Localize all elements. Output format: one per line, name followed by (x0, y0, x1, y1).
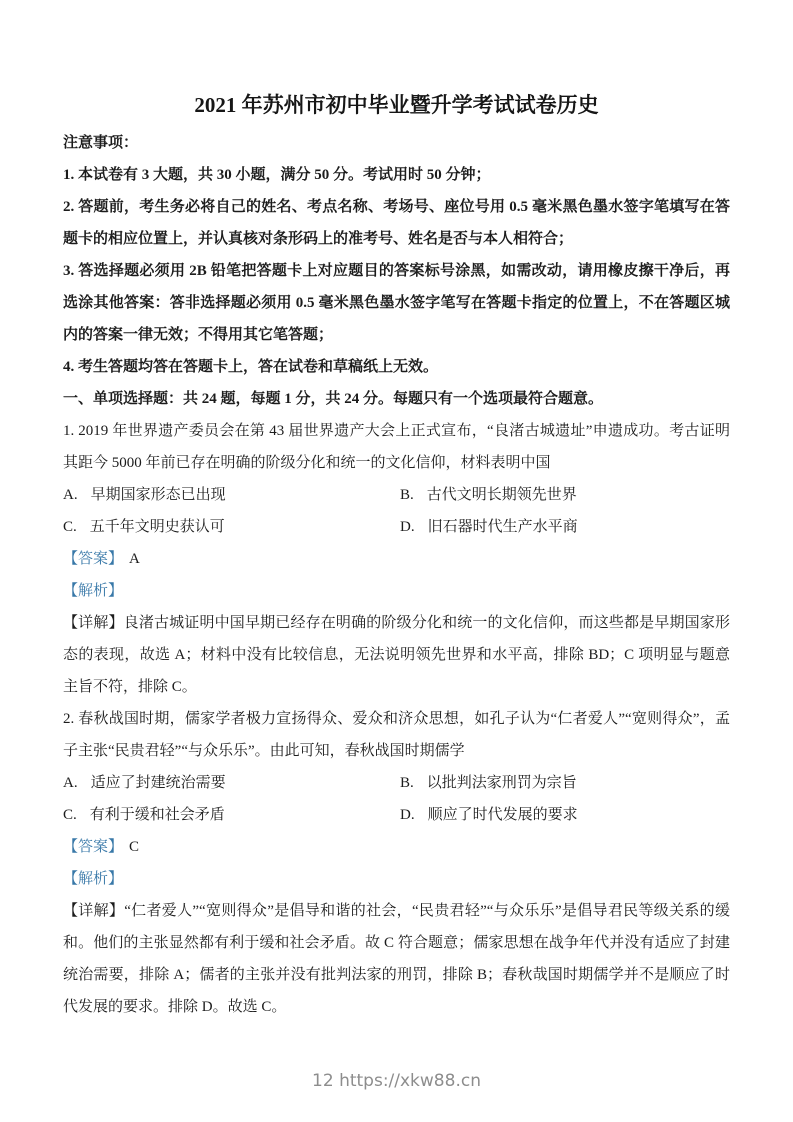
option-text: 顺应了时代发展的要求 (428, 807, 578, 823)
footer-link[interactable]: https://xkw88.cn (339, 1071, 481, 1091)
question-1-answer-row: 【答案】A (63, 543, 730, 575)
option-text: 适应了封建统治需要 (91, 775, 226, 791)
option-text: 古代文明长期领先世界 (427, 487, 577, 503)
option-text: 有利于缓和社会矛盾 (90, 807, 225, 823)
page-title: 2021 年苏州市初中毕业暨升学考试试卷历史 (63, 92, 730, 118)
question-2-option-a: A.适应了封建统治需要 (63, 767, 400, 799)
option-letter: D. (400, 807, 415, 823)
question-2-stem: 2. 春秋战国时期，儒家学者极力宣扬得众、爱众和济众思想，如孔子认为“仁者爱人”… (63, 703, 730, 767)
question-1-option-b: B.古代文明长期领先世界 (400, 479, 730, 511)
option-letter: D. (400, 519, 415, 535)
question-block-2: 2. 春秋战国时期，儒家学者极力宣扬得众、爱众和济众思想，如孔子认为“仁者爱人”… (63, 703, 730, 1023)
page-number: 12 (312, 1071, 334, 1091)
notice-heading: 注意事项： (63, 127, 730, 159)
question-2-option-c: C.有利于缓和社会矛盾 (63, 799, 400, 831)
question-2-answer-row: 【答案】C (63, 831, 730, 863)
option-letter: A. (63, 487, 78, 503)
question-1-stem: 1. 2019 年世界遗产委员会在第 43 届世界遗产大会上正式宣布，“良渚古城… (63, 415, 730, 479)
option-letter: B. (400, 775, 414, 791)
option-letter: C. (63, 519, 77, 535)
notice-item-1: 1. 本试卷有 3 大题，共 30 小题，满分 50 分。考试用时 50 分钟； (63, 159, 730, 191)
notice-section: 注意事项： 1. 本试卷有 3 大题，共 30 小题，满分 50 分。考试用时 … (63, 127, 730, 383)
option-letter: A. (63, 775, 78, 791)
question-1-analysis-label: 【解析】 (63, 575, 730, 607)
question-1-option-c: C.五千年文明史获认可 (63, 511, 400, 543)
notice-item-2: 2. 答题前，考生务必将自己的姓名、考点名称、考场号、座位号用 0.5 毫米黑色… (63, 191, 730, 255)
question-2-option-b: B.以批判法家刑罚为宗旨 (400, 767, 730, 799)
answer-label: 【答案】 (63, 839, 123, 855)
question-1-option-d: D.旧石器时代生产水平商 (400, 511, 730, 543)
question-2-option-d: D.顺应了时代发展的要求 (400, 799, 730, 831)
answer-value: C (129, 839, 139, 855)
answer-label: 【答案】 (63, 551, 123, 567)
answer-value: A (129, 551, 140, 567)
option-letter: B. (400, 487, 414, 503)
option-letter: C. (63, 807, 77, 823)
option-text: 旧石器时代生产水平商 (428, 519, 578, 535)
question-2-analysis-label: 【解析】 (63, 863, 730, 895)
option-text: 五千年文明史获认可 (90, 519, 225, 535)
question-1-options: A.早期国家形态已出现 B.古代文明长期领先世界 C.五千年文明史获认可 D.旧… (63, 479, 730, 543)
question-block-1: 1. 2019 年世界遗产委员会在第 43 届世界遗产大会上正式宣布，“良渚古城… (63, 415, 730, 703)
question-2-detail: 【详解】“仁者爱人”“宽则得众”是倡导和谐的社会，“民贵君轻”“与众乐乐”是倡导… (63, 895, 730, 1023)
question-1-option-a: A.早期国家形态已出现 (63, 479, 400, 511)
page-footer: 12 https://xkw88.cn (0, 1071, 793, 1091)
option-text: 早期国家形态已出现 (91, 487, 226, 503)
question-2-options: A.适应了封建统治需要 B.以批判法家刑罚为宗旨 C.有利于缓和社会矛盾 D.顺… (63, 767, 730, 831)
notice-item-3: 3. 答选择题必须用 2B 铅笔把答题卡上对应题目的答案标号涂黑，如需改动，请用… (63, 255, 730, 351)
section-heading: 一、单项选择题：共 24 题，每题 1 分，共 24 分。每题只有一个选项最符合… (63, 383, 730, 415)
exam-document-page: 2021 年苏州市初中毕业暨升学考试试卷历史 注意事项： 1. 本试卷有 3 大… (0, 0, 793, 1122)
option-text: 以批判法家刑罚为宗旨 (427, 775, 577, 791)
question-1-detail: 【详解】良渚古城证明中国早期已经存在明确的阶级分化和统一的文化信仰，而这些都是早… (63, 607, 730, 703)
notice-item-4: 4. 考生答题均答在答题卡上，答在试卷和草稿纸上无效。 (63, 351, 730, 383)
